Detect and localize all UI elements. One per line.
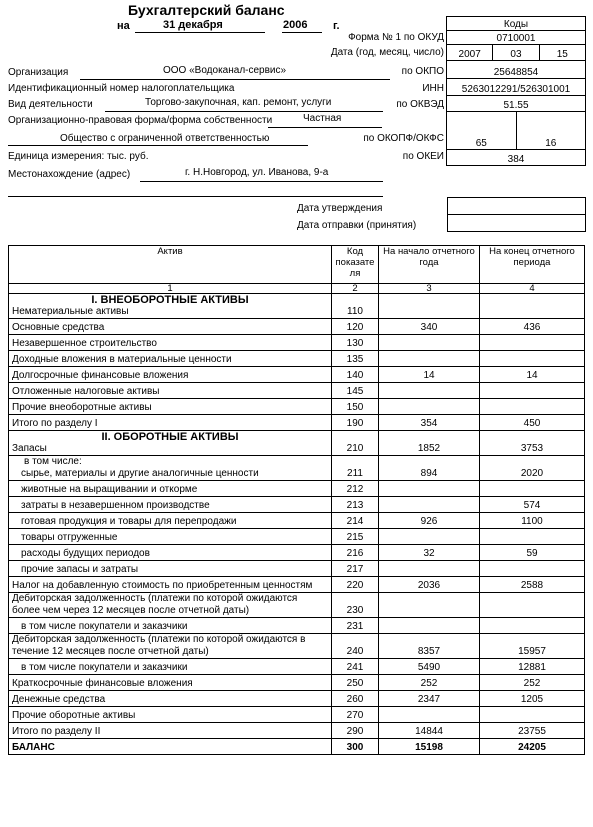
row-label: Нематериальные активы — [12, 306, 129, 317]
row-code: 150 — [332, 399, 379, 415]
row-code: 211 — [332, 456, 379, 481]
table-row: Долгосрочные финансовые вложения1401414 — [9, 367, 585, 383]
section-title: II. ОБОРОТНЫЕ АКТИВЫ — [12, 431, 328, 443]
row-end-value: 23755 — [480, 723, 585, 739]
row-label: Денежные средства — [12, 694, 105, 705]
row-code: 217 — [332, 561, 379, 577]
row-label: Дебиторская задолженность (платежи по ко… — [12, 634, 305, 657]
okved-value: 51.55 — [447, 96, 585, 111]
table-row: животные на выращивании и откорме212 — [9, 481, 585, 497]
row-end-value: 450 — [480, 415, 585, 431]
row-code: 135 — [332, 351, 379, 367]
row-start-value: 14 — [379, 367, 480, 383]
row-label-cell: I. ВНЕОБОРОТНЫЕ АКТИВЫНематериальные акт… — [9, 294, 332, 319]
row-start-value — [379, 529, 480, 545]
row-label: Дебиторская задолженность (платежи по ко… — [12, 593, 297, 616]
report-date: 31 декабря — [163, 19, 223, 31]
row-start-value: 2036 — [379, 577, 480, 593]
okei-value: 384 — [447, 150, 585, 165]
row-code: 241 — [332, 659, 379, 675]
row-label: расходы будущих периодов — [12, 548, 150, 559]
row-label: Долгосрочные финансовые вложения — [12, 370, 188, 381]
date-prefix: на — [117, 20, 130, 32]
legal-form-label: Организационно-правовая форма/форма собс… — [8, 115, 272, 126]
row-code: 130 — [332, 335, 379, 351]
approval-date-field — [448, 198, 585, 215]
row-label-cell: Дебиторская задолженность (платежи по ко… — [9, 634, 332, 659]
row-label: затраты в незавершенном производстве — [12, 500, 210, 511]
row-label: Доходные вложения в материальные ценност… — [12, 354, 232, 365]
table-row: I. ВНЕОБОРОТНЫЕ АКТИВЫНематериальные акт… — [9, 294, 585, 319]
table-row: Дебиторская задолженность (платежи по ко… — [9, 634, 585, 659]
header-asset: Актив — [9, 246, 332, 284]
date-day-value: 15 — [540, 45, 585, 60]
row-start-value: 894 — [379, 456, 480, 481]
row-end-value: 574 — [480, 497, 585, 513]
header-start: На начало отчетного года — [379, 246, 480, 284]
row-start-value — [379, 593, 480, 618]
document-title: Бухгалтерский баланс — [128, 2, 285, 18]
row-start-value: 252 — [379, 675, 480, 691]
row-code: 300 — [332, 739, 379, 755]
legal-form-value: Общество с ограниченной ответственностью — [60, 133, 269, 144]
table-row: товары отгруженные215 — [9, 529, 585, 545]
row-label: прочие запасы и затраты — [12, 564, 138, 575]
row-end-value: 2588 — [480, 577, 585, 593]
row-label-cell: готовая продукция и товары для перепрода… — [9, 513, 332, 529]
row-label-cell: расходы будущих периодов — [9, 545, 332, 561]
row-label: Незавершенное строительство — [12, 338, 157, 349]
row-label-cell: затраты в незавершенном производстве — [9, 497, 332, 513]
row-end-value: 24205 — [480, 739, 585, 755]
okud-value: 0710001 — [447, 31, 585, 44]
table-row: Отложенные налоговые активы145 — [9, 383, 585, 399]
row-start-value — [379, 618, 480, 634]
row-label-cell: Налог на добавленную стоимость по приобр… — [9, 577, 332, 593]
row-label-cell: в том числе покупатели и заказчики — [9, 618, 332, 634]
table-row: Дебиторская задолженность (платежи по ко… — [9, 593, 585, 618]
row-label-cell: Дебиторская задолженность (платежи по ко… — [9, 593, 332, 618]
row-label: в том числе покупатели и заказчики — [12, 621, 187, 632]
okpo-value: 25648854 — [447, 61, 585, 78]
row-label-cell: животные на выращивании и откорме — [9, 481, 332, 497]
row-code: 220 — [332, 577, 379, 593]
row-label-cell: Итого по разделу I — [9, 415, 332, 431]
okei-label: по ОКЕИ — [403, 151, 444, 162]
row-start-value: 354 — [379, 415, 480, 431]
row-code: 260 — [332, 691, 379, 707]
address-value: г. Н.Новгород, ул. Иванова, 9-а — [185, 167, 328, 178]
row-start-value: 32 — [379, 545, 480, 561]
row-label-cell: Прочие оборотные активы — [9, 707, 332, 723]
okpo-label: по ОКПО — [402, 66, 444, 77]
row-start-value — [379, 351, 480, 367]
row-label: Итого по разделу I — [12, 418, 98, 429]
row-label: Прочие внеоборотные активы — [12, 402, 152, 413]
table-row: Налог на добавленную стоимость по приобр… — [9, 577, 585, 593]
row-label-cell: в том числе:сырье, материалы и другие ан… — [9, 456, 332, 481]
report-year: 2006 — [283, 19, 307, 31]
row-end-value: 2020 — [480, 456, 585, 481]
row-end-value — [480, 335, 585, 351]
codes-box: Коды 0710001 2007 03 15 25648854 5263012… — [446, 16, 586, 166]
row-start-value: 1852 — [379, 431, 480, 456]
row-label-cell: Прочие внеоборотные активы — [9, 399, 332, 415]
row-end-value — [480, 481, 585, 497]
colnum-1: 1 — [9, 284, 332, 294]
activity-value: Торгово-закупочная, кап. ремонт, услуги — [145, 97, 331, 108]
row-end-value — [480, 351, 585, 367]
row-label-cell: Доходные вложения в материальные ценност… — [9, 351, 332, 367]
row-label: товары отгруженные — [12, 532, 118, 543]
row-label-cell: Итого по разделу II — [9, 723, 332, 739]
row-code: 212 — [332, 481, 379, 497]
row-label: Налог на добавленную стоимость по приобр… — [12, 580, 312, 591]
row-label: Прочие оборотные активы — [12, 710, 135, 721]
row-label-cell: Долгосрочные финансовые вложения — [9, 367, 332, 383]
row-start-value: 2347 — [379, 691, 480, 707]
row-code: 240 — [332, 634, 379, 659]
balance-table: Актив Код показате ля На начало отчетног… — [8, 245, 585, 755]
row-start-value — [379, 335, 480, 351]
row-end-value — [480, 399, 585, 415]
row-code: 110 — [332, 294, 379, 319]
send-date-field — [448, 215, 585, 231]
row-code: 145 — [332, 383, 379, 399]
row-code: 230 — [332, 593, 379, 618]
row-label: в том числе покупатели и заказчики — [12, 662, 187, 673]
row-code: 190 — [332, 415, 379, 431]
row-start-value — [379, 383, 480, 399]
table-row: прочие запасы и затраты217 — [9, 561, 585, 577]
ownership-value: Частная — [303, 113, 341, 124]
row-end-value: 3753 — [480, 431, 585, 456]
row-label: животные на выращивании и откорме — [12, 484, 197, 495]
table-row: Итого по разделу II2901484423755 — [9, 723, 585, 739]
row-end-value — [480, 561, 585, 577]
activity-label: Вид деятельности — [8, 99, 93, 110]
date-label: Дата (год, месяц, число) — [331, 47, 444, 58]
org-label: Организация — [8, 67, 68, 78]
row-start-value — [379, 707, 480, 723]
row-start-value — [379, 497, 480, 513]
row-label-cell: II. ОБОРОТНЫЕ АКТИВЫЗапасы — [9, 431, 332, 456]
row-code: 120 — [332, 319, 379, 335]
row-code: 231 — [332, 618, 379, 634]
section-title: I. ВНЕОБОРОТНЫЕ АКТИВЫ — [12, 294, 328, 306]
row-start-value — [379, 399, 480, 415]
row-end-value: 436 — [480, 319, 585, 335]
row-start-value: 8357 — [379, 634, 480, 659]
table-row: II. ОБОРОТНЫЕ АКТИВЫЗапасы21018523753 — [9, 431, 585, 456]
row-start-value: 15198 — [379, 739, 480, 755]
table-row: Итого по разделу I190354450 — [9, 415, 585, 431]
okopf-value: 65 — [447, 112, 517, 149]
row-label-cell: БАЛАНС — [9, 739, 332, 755]
row-end-value — [480, 618, 585, 634]
row-end-value: 12881 — [480, 659, 585, 675]
row-code: 215 — [332, 529, 379, 545]
row-label: Краткосрочные финансовые вложения — [12, 678, 193, 689]
table-row: Незавершенное строительство130 — [9, 335, 585, 351]
row-code: 270 — [332, 707, 379, 723]
colnum-2: 2 — [332, 284, 379, 294]
row-label: Отложенные налоговые активы — [12, 386, 160, 397]
codes-header: Коды — [447, 17, 585, 30]
table-row: Краткосрочные финансовые вложения2502522… — [9, 675, 585, 691]
okud-label: Форма № 1 по ОКУД — [348, 32, 444, 43]
table-row: БАЛАНС3001519824205 — [9, 739, 585, 755]
inn-code-label: ИНН — [422, 83, 444, 94]
table-row: Прочие внеоборотные активы150 — [9, 399, 585, 415]
row-label-cell: прочие запасы и затраты — [9, 561, 332, 577]
table-row: в том числе покупатели и заказчики241549… — [9, 659, 585, 675]
address-label: Местонахождение (адрес) — [8, 169, 130, 180]
colnum-4: 4 — [480, 284, 585, 294]
row-label-cell: Краткосрочные финансовые вложения — [9, 675, 332, 691]
inn-value: 5263012291/526301001 — [447, 79, 585, 95]
row-end-value — [480, 529, 585, 545]
row-code: 250 — [332, 675, 379, 691]
okfs-value: 16 — [517, 112, 586, 149]
row-end-value: 59 — [480, 545, 585, 561]
row-label-cell: в том числе покупатели и заказчики — [9, 659, 332, 675]
row-end-value — [480, 383, 585, 399]
row-code: 214 — [332, 513, 379, 529]
table-row: в том числе покупатели и заказчики231 — [9, 618, 585, 634]
row-start-value: 5490 — [379, 659, 480, 675]
row-end-value: 1100 — [480, 513, 585, 529]
row-code: 210 — [332, 431, 379, 456]
row-end-value: 252 — [480, 675, 585, 691]
row-label: сырье, материалы и другие аналогичные це… — [12, 468, 259, 479]
row-label-cell: товары отгруженные — [9, 529, 332, 545]
header-end: На конец отчетного периода — [480, 246, 585, 284]
row-label: Основные средства — [12, 322, 104, 333]
table-row: готовая продукция и товары для перепрода… — [9, 513, 585, 529]
unit-label: Единица измерения: тыс. руб. — [8, 151, 148, 162]
row-label-cell: Отложенные налоговые активы — [9, 383, 332, 399]
date-year-value: 2007 — [447, 45, 493, 60]
approval-dates-box — [447, 197, 586, 232]
row-end-value: 14 — [480, 367, 585, 383]
table-row: в том числе:сырье, материалы и другие ан… — [9, 456, 585, 481]
date-month-value: 03 — [493, 45, 539, 60]
table-row: Прочие оборотные активы270 — [9, 707, 585, 723]
row-end-value: 15957 — [480, 634, 585, 659]
colnum-3: 3 — [379, 284, 480, 294]
send-date-label: Дата отправки (принятия) — [297, 220, 416, 231]
approval-date-label: Дата утверждения — [297, 203, 382, 214]
row-start-value — [379, 481, 480, 497]
sub-caption: в том числе: — [12, 456, 328, 468]
row-label-cell: Основные средства — [9, 319, 332, 335]
row-label-cell: Незавершенное строительство — [9, 335, 332, 351]
row-label: БАЛАНС — [12, 742, 55, 753]
row-label: Запасы — [12, 443, 47, 454]
row-code: 216 — [332, 545, 379, 561]
row-start-value — [379, 294, 480, 319]
inn-label: Идентификационный номер налогоплательщик… — [8, 83, 234, 94]
table-row: Денежные средства26023471205 — [9, 691, 585, 707]
row-code: 290 — [332, 723, 379, 739]
okved-label: по ОКВЭД — [396, 99, 444, 110]
row-label: Итого по разделу II — [12, 726, 100, 737]
okopf-label: по ОКОПФ/ОКФС — [363, 133, 444, 144]
row-end-value — [480, 593, 585, 618]
year-suffix: г. — [333, 20, 340, 32]
org-value: ООО «Водоканал-сервис» — [163, 65, 286, 76]
row-start-value: 340 — [379, 319, 480, 335]
row-start-value: 14844 — [379, 723, 480, 739]
row-label-cell: Денежные средства — [9, 691, 332, 707]
row-code: 213 — [332, 497, 379, 513]
row-start-value — [379, 561, 480, 577]
row-end-value: 1205 — [480, 691, 585, 707]
row-code: 140 — [332, 367, 379, 383]
header-code: Код показате ля — [332, 246, 379, 284]
table-row: расходы будущих периодов2163259 — [9, 545, 585, 561]
table-row: Доходные вложения в материальные ценност… — [9, 351, 585, 367]
row-end-value — [480, 707, 585, 723]
table-row: Основные средства120340436 — [9, 319, 585, 335]
row-start-value: 926 — [379, 513, 480, 529]
table-row: затраты в незавершенном производстве2135… — [9, 497, 585, 513]
row-label: готовая продукция и товары для перепрода… — [12, 516, 236, 527]
row-end-value — [480, 294, 585, 319]
